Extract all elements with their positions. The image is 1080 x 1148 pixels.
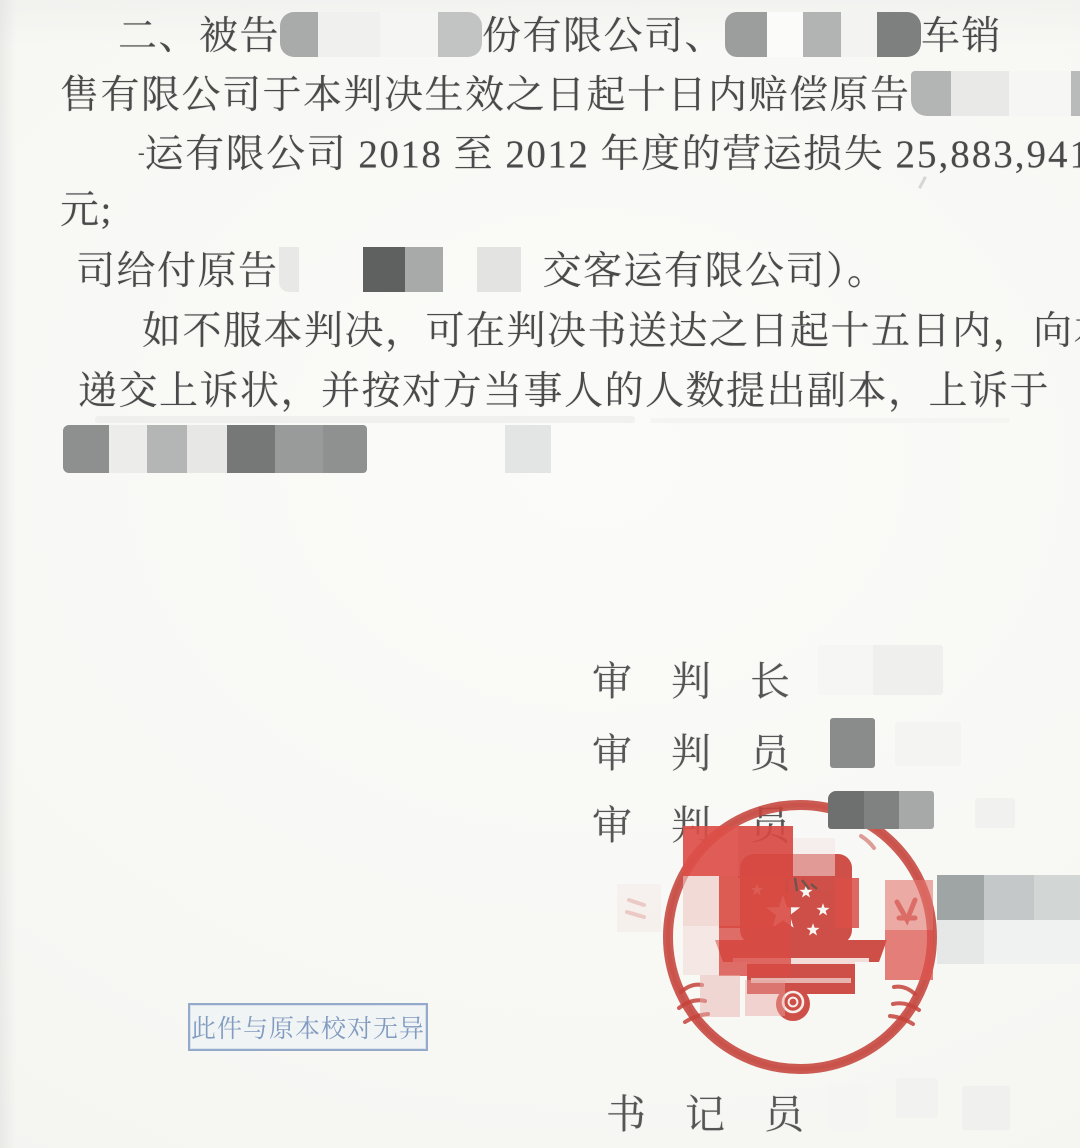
redacted-clerk-name [896, 1078, 938, 1118]
text-run: 售有限公司于本判决生效之日起十日内赔偿原告 [60, 74, 911, 117]
redacted-judge-name [975, 798, 1015, 828]
judge-label-1: 审 判 员 [592, 722, 791, 779]
redaction-smudge [95, 416, 635, 423]
text-run: 交客运有限公司）。 [543, 250, 888, 293]
judgment-line-3: -运有限公司 2018 至 2012 年度的营运损失 25,883,941.55 [138, 129, 1080, 179]
clerk-label: 书 记 员 [606, 1083, 805, 1140]
mosaic-cell [937, 920, 984, 964]
verification-stamp-text: 此件与原本校对无异 [191, 1009, 425, 1045]
text-run: 车销 [921, 15, 1002, 58]
mosaic-cell [683, 826, 738, 876]
stray-mark: - [138, 142, 145, 164]
mosaic-cell [617, 884, 661, 932]
mosaic-cell [885, 880, 933, 930]
redaction-block [280, 12, 482, 57]
redacted-judge-name [828, 791, 934, 829]
mosaic-cell [835, 878, 859, 928]
redacted-clerk-name [827, 1085, 869, 1130]
judgment-line-1: 二、被告份有限公司、车销 [118, 12, 1002, 61]
redacted-judge-name [818, 645, 943, 695]
mosaic-cell [683, 926, 719, 975]
judgment-line-4: 元; [60, 187, 113, 235]
mosaic-cell [984, 875, 1034, 920]
mosaic-cell [885, 930, 933, 980]
mosaic-cell [745, 980, 785, 1016]
redaction-block [725, 12, 921, 57]
text-run: 份有限公司、 [482, 15, 725, 58]
text-run: 递交上诉状，并按对方当事人的人数提出副本，上诉于 [78, 370, 1050, 413]
text-run: 二、被告 [118, 15, 280, 58]
redacted-judge-name [895, 722, 961, 766]
mosaic-cell [984, 920, 1080, 964]
judgment-line-6: 如不服本判决，可在判决书送达之日起十五日内，向本院 [142, 308, 1080, 356]
judgment-line-5: 司给付原告交客运有限公司）。 [76, 247, 888, 296]
mosaic-cell [683, 876, 719, 926]
text-run: 司给付原告 [76, 250, 279, 293]
presiding-judge-label: 审 判 长 [592, 650, 791, 707]
mosaic-cell [793, 838, 835, 876]
redaction-block [911, 71, 1080, 116]
mosaic-cell [937, 875, 984, 920]
mosaic-cell [1034, 875, 1080, 920]
text-run: 元; [60, 189, 113, 232]
loss-amount: 25,883,941.55 [895, 133, 1080, 176]
text-run: 运有限公司 2018 至 2012 年度的营运损失 [145, 133, 896, 176]
mosaic-cell [719, 926, 791, 976]
judgment-line-7: 递交上诉状，并按对方当事人的人数提出副本，上诉于 [78, 368, 1050, 416]
redacted-judge-name [830, 718, 875, 768]
text-run: 如不服本判决，可在判决书送达之日起十五日内，向本院 [142, 310, 1080, 353]
verification-stamp: 此件与原本校对无异 [188, 1003, 428, 1051]
mosaic-cell [738, 826, 793, 878]
mosaic-cell [700, 975, 740, 1017]
redacted-clerk-name [962, 1086, 1010, 1130]
redaction-block [279, 247, 543, 292]
redaction-smudge [650, 418, 1010, 423]
mosaic-cell [719, 876, 791, 928]
redaction-block-row [63, 425, 551, 473]
judgment-document-page: 二、被告份有限公司、车销 售有限公司于本判决生效之日起十日内赔偿原告 -运有限公… [0, 0, 1080, 1148]
judgment-line-2: 售有限公司于本判决生效之日起十日内赔偿原告 [60, 71, 1080, 120]
